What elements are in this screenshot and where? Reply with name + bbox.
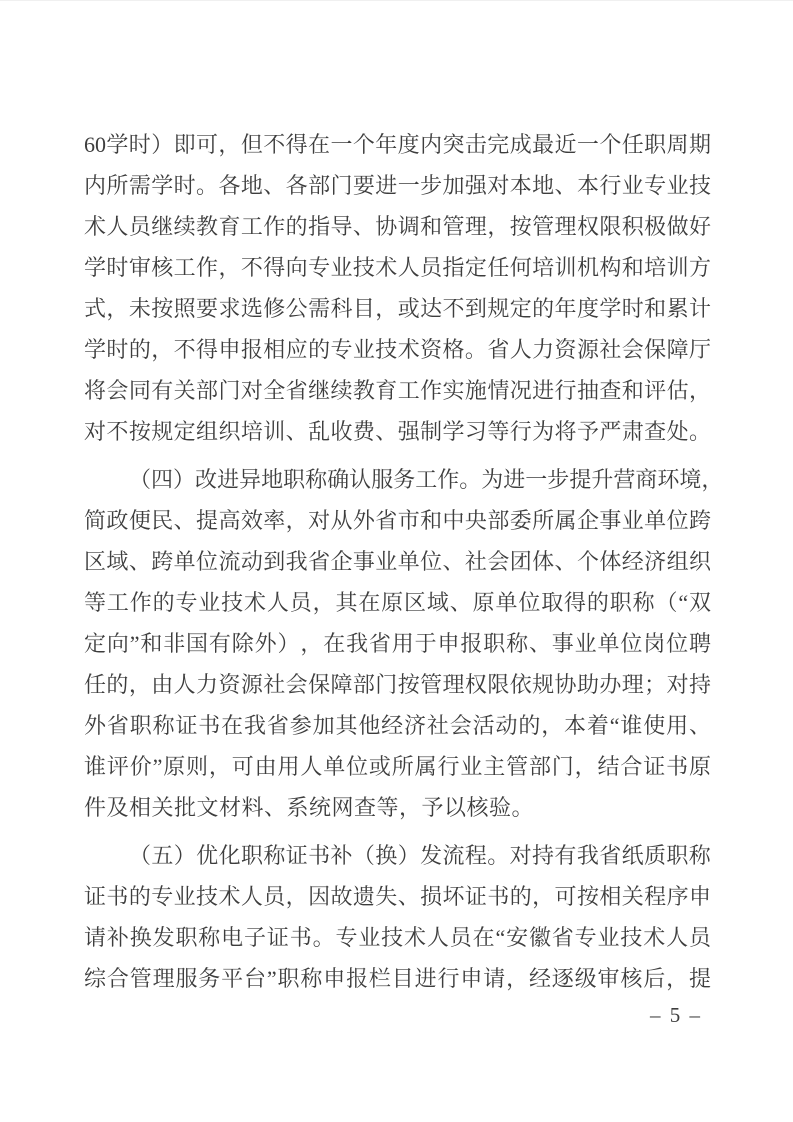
text-line: 简政便民、提高效率，对从外省市和中央部委所属企事业单位跨 (84, 500, 711, 541)
text-line: 术人员继续教育工作的指导、协调和管理，按管理权限积极做好 (84, 206, 711, 247)
document-body: 60学时）即可，但不得在一个年度内突击完成最近一个任职周期内所需学时。各地、各部… (84, 124, 711, 999)
text-line: 区域、跨单位流动到我省企事业单位、社会团体、个体经济组织 (84, 541, 711, 582)
text-line: （四）改进异地职称确认服务工作。为进一步提升营商环境， (84, 459, 711, 500)
paragraph-5-certificate-reissue: （五）优化职称证书补（换）发流程。对持有我省纸质职称证书的专业技术人员，因故遗失… (84, 835, 711, 999)
text-line: 综合管理服务平台”职称申报栏目进行申请，经逐级审核后，提 (84, 958, 711, 999)
text-line: 定向”和非国有除外），在我省用于申报职称、事业单位岗位聘 (84, 623, 711, 664)
text-line: 将会同有关部门对全省继续教育工作实施情况进行抽查和评估， (84, 370, 711, 411)
text-line: 任的，由人力资源社会保障部门按管理权限依规协助办理；对持 (84, 664, 711, 705)
text-line: 请补换发职称电子证书。专业技术人员在“安徽省专业技术人员 (84, 917, 711, 958)
text-line: 式，未按照要求选修公需科目，或达不到规定的年度学时和累计 (84, 288, 711, 329)
text-line: 学时审核工作，不得向专业技术人员指定任何培训机构和培训方 (84, 247, 711, 288)
text-line: 对不按规定组织培训、乱收费、强制学习等行为将予严肃查处。 (84, 411, 711, 452)
text-line: 外省职称证书在我省参加其他经济社会活动的，本着“谁使用、 (84, 705, 711, 746)
text-line: 谁评价”原则，可由用人单位或所属行业主管部门，结合证书原 (84, 746, 711, 787)
page-number: – 5 – (650, 1003, 702, 1028)
text-line: 内所需学时。各地、各部门要进一步加强对本地、本行业专业技 (84, 165, 711, 206)
text-line: 证书的专业技术人员，因故遗失、损坏证书的，可按相关程序申 (84, 876, 711, 917)
text-line: 件及相关批文材料、系统网查等，予以核验。 (84, 787, 711, 828)
text-line: 60学时）即可，但不得在一个年度内突击完成最近一个任职周期 (84, 124, 711, 165)
text-line: 学时的，不得申报相应的专业技术资格。省人力资源社会保障厅 (84, 329, 711, 370)
text-line: （五）优化职称证书补（换）发流程。对持有我省纸质职称 (84, 835, 711, 876)
paragraph-continuing-study-hours: 60学时）即可，但不得在一个年度内突击完成最近一个任职周期内所需学时。各地、各部… (84, 124, 711, 452)
paragraph-4-remote-title-confirmation: （四）改进异地职称确认服务工作。为进一步提升营商环境，简政便民、提高效率，对从外… (84, 459, 711, 828)
text-line: 等工作的专业技术人员，其在原区域、原单位取得的职称（“双 (84, 582, 711, 623)
document-page: 60学时）即可，但不得在一个年度内突击完成最近一个任职周期内所需学时。各地、各部… (0, 0, 793, 1122)
